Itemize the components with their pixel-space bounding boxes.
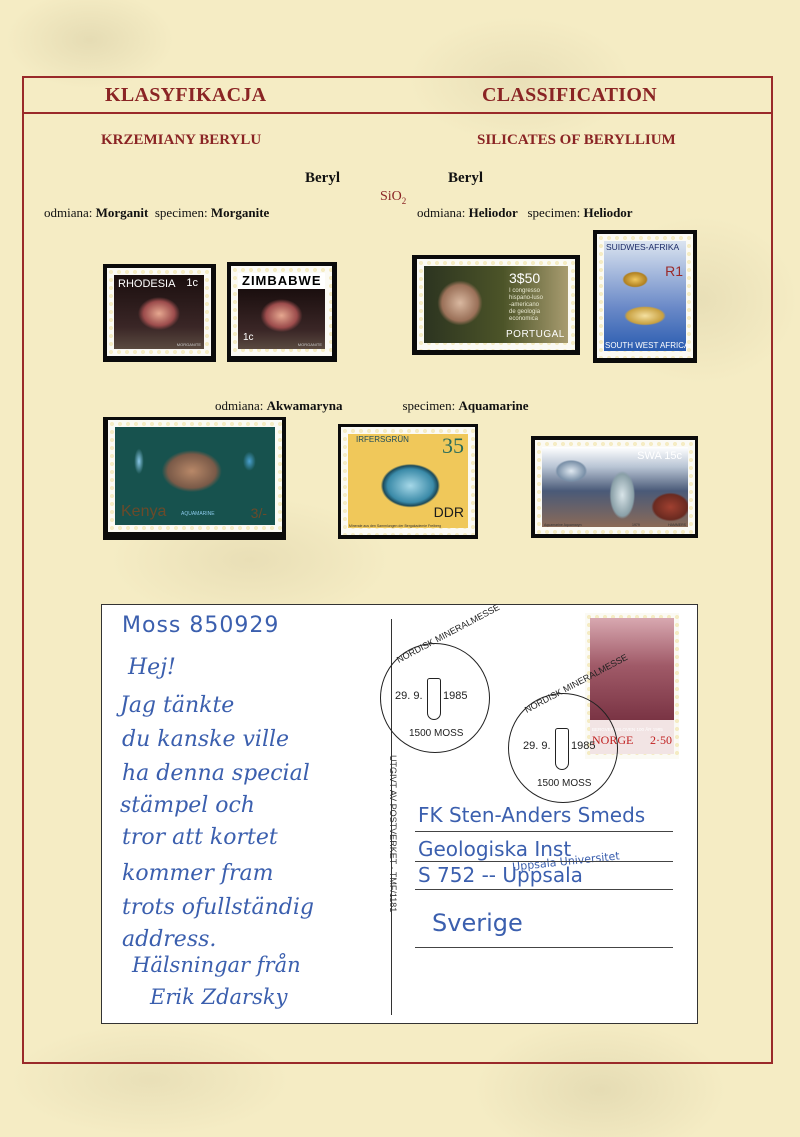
stamp-year: 1979 [632, 523, 640, 527]
postmark-nordisk-mineralmesse: NORDISK MINERALMESSE 29. 9. 1985 1500 MO… [380, 643, 490, 753]
stamp-rhodesia-morganite: RHODESIA 1c MORGANITE [107, 268, 211, 356]
subtitle-english: SILICATES OF BERYLLIUM [477, 132, 676, 149]
stamp-country: PORTUGAL [506, 329, 565, 340]
stamp-value: 1c [186, 277, 198, 289]
address-line [415, 831, 673, 832]
header-divider [22, 112, 773, 114]
mineral-name-right: Beryl [448, 170, 483, 187]
stamp-top-text: IRFERSGRÜN [356, 435, 409, 444]
stamp-country-top: SUIDWES-AFRIKA [606, 242, 679, 252]
stamp-value: 2·50 [650, 733, 672, 748]
address-line [415, 947, 673, 948]
title-english: CLASSIFICATION [482, 84, 657, 107]
mineral-name-left: Beryl [305, 170, 340, 187]
stamp-value: 3$50 [509, 270, 540, 286]
stamp-caption: Aquamarine Aquamaryn [544, 523, 582, 527]
postmark-nordisk-mineralmesse: NORDISK MINERALMESSE 29. 9. 1985 1500 MO… [508, 693, 618, 803]
postcard-imprint: UTGIVT AV POSTVERKET · TMF/1181 [388, 755, 398, 912]
stamp-country: RHODESIA [118, 278, 175, 290]
address-line [415, 889, 673, 890]
stamp-country: DDR [434, 504, 464, 520]
stamp-caption: MORGANITE [298, 342, 322, 347]
postcard: Moss 850929 Hej! Jag tänkte du kanske vi… [101, 604, 698, 1024]
stamp-swa-aquamarine: SWA 15c Aquamarine Aquamaryn 1979 HAMMER… [535, 440, 695, 534]
stamp-caption: AQUAMARINE [181, 511, 215, 517]
stamp-caption: HAMMERS [668, 523, 686, 527]
handwritten-dateline: Moss 850929 [122, 613, 279, 638]
stamp-ddr-aquamarine: IRFERSGRÜN 35 DDR Minerale aus den Samml… [341, 427, 475, 535]
stamp-value: 3/- [251, 505, 267, 521]
stamp-swa-heliodor: SUIDWES-AFRIKA R1 SOUTH WEST AFRICA [597, 234, 693, 358]
stamp-value: 35 [442, 434, 464, 459]
chemical-formula: SiO2 [380, 189, 406, 206]
stamp-country: ZIMBABWE [242, 273, 322, 288]
caption-aquamarine: odmiana: Akwamarynaspecimen: Aquamarine [215, 398, 529, 414]
stamp-kenya-aquamarine: Kenya AQUAMARINE 3/- [108, 420, 282, 532]
stamp-country-bottom: SOUTH WEST AFRICA [605, 341, 686, 350]
address-line [415, 861, 673, 862]
stamp-value: SWA 15c [637, 450, 682, 462]
stamp-caption: MORGANITE [177, 342, 201, 347]
stamp-caption: Minerale aus den Sammlungen der Bergakad… [349, 524, 441, 528]
stamp-portugal-heliodor: 3$50 I congressohispano-luso-americanode… [417, 259, 575, 350]
title-polish: KLASYFIKACJA [105, 84, 266, 107]
caption-heliodor: odmiana: Heliodor specimen: Heliodor [417, 205, 633, 221]
stamp-zimbabwe-morganite: ZIMBABWE 1c MORGANITE [231, 266, 332, 356]
caption-morganite: odmiana: Morganit specimen: Morganite [44, 205, 269, 221]
subtitle-polish: KRZEMIANY BERYLU [101, 132, 261, 149]
crystal-icon [555, 728, 569, 770]
stamp-text: I congressohispano-luso-americanode geol… [509, 288, 543, 323]
stamp-value: R1 [665, 263, 683, 279]
stamp-value: 1c [243, 332, 254, 343]
crystal-icon [427, 678, 441, 720]
stamp-country: Kenya [121, 503, 166, 521]
